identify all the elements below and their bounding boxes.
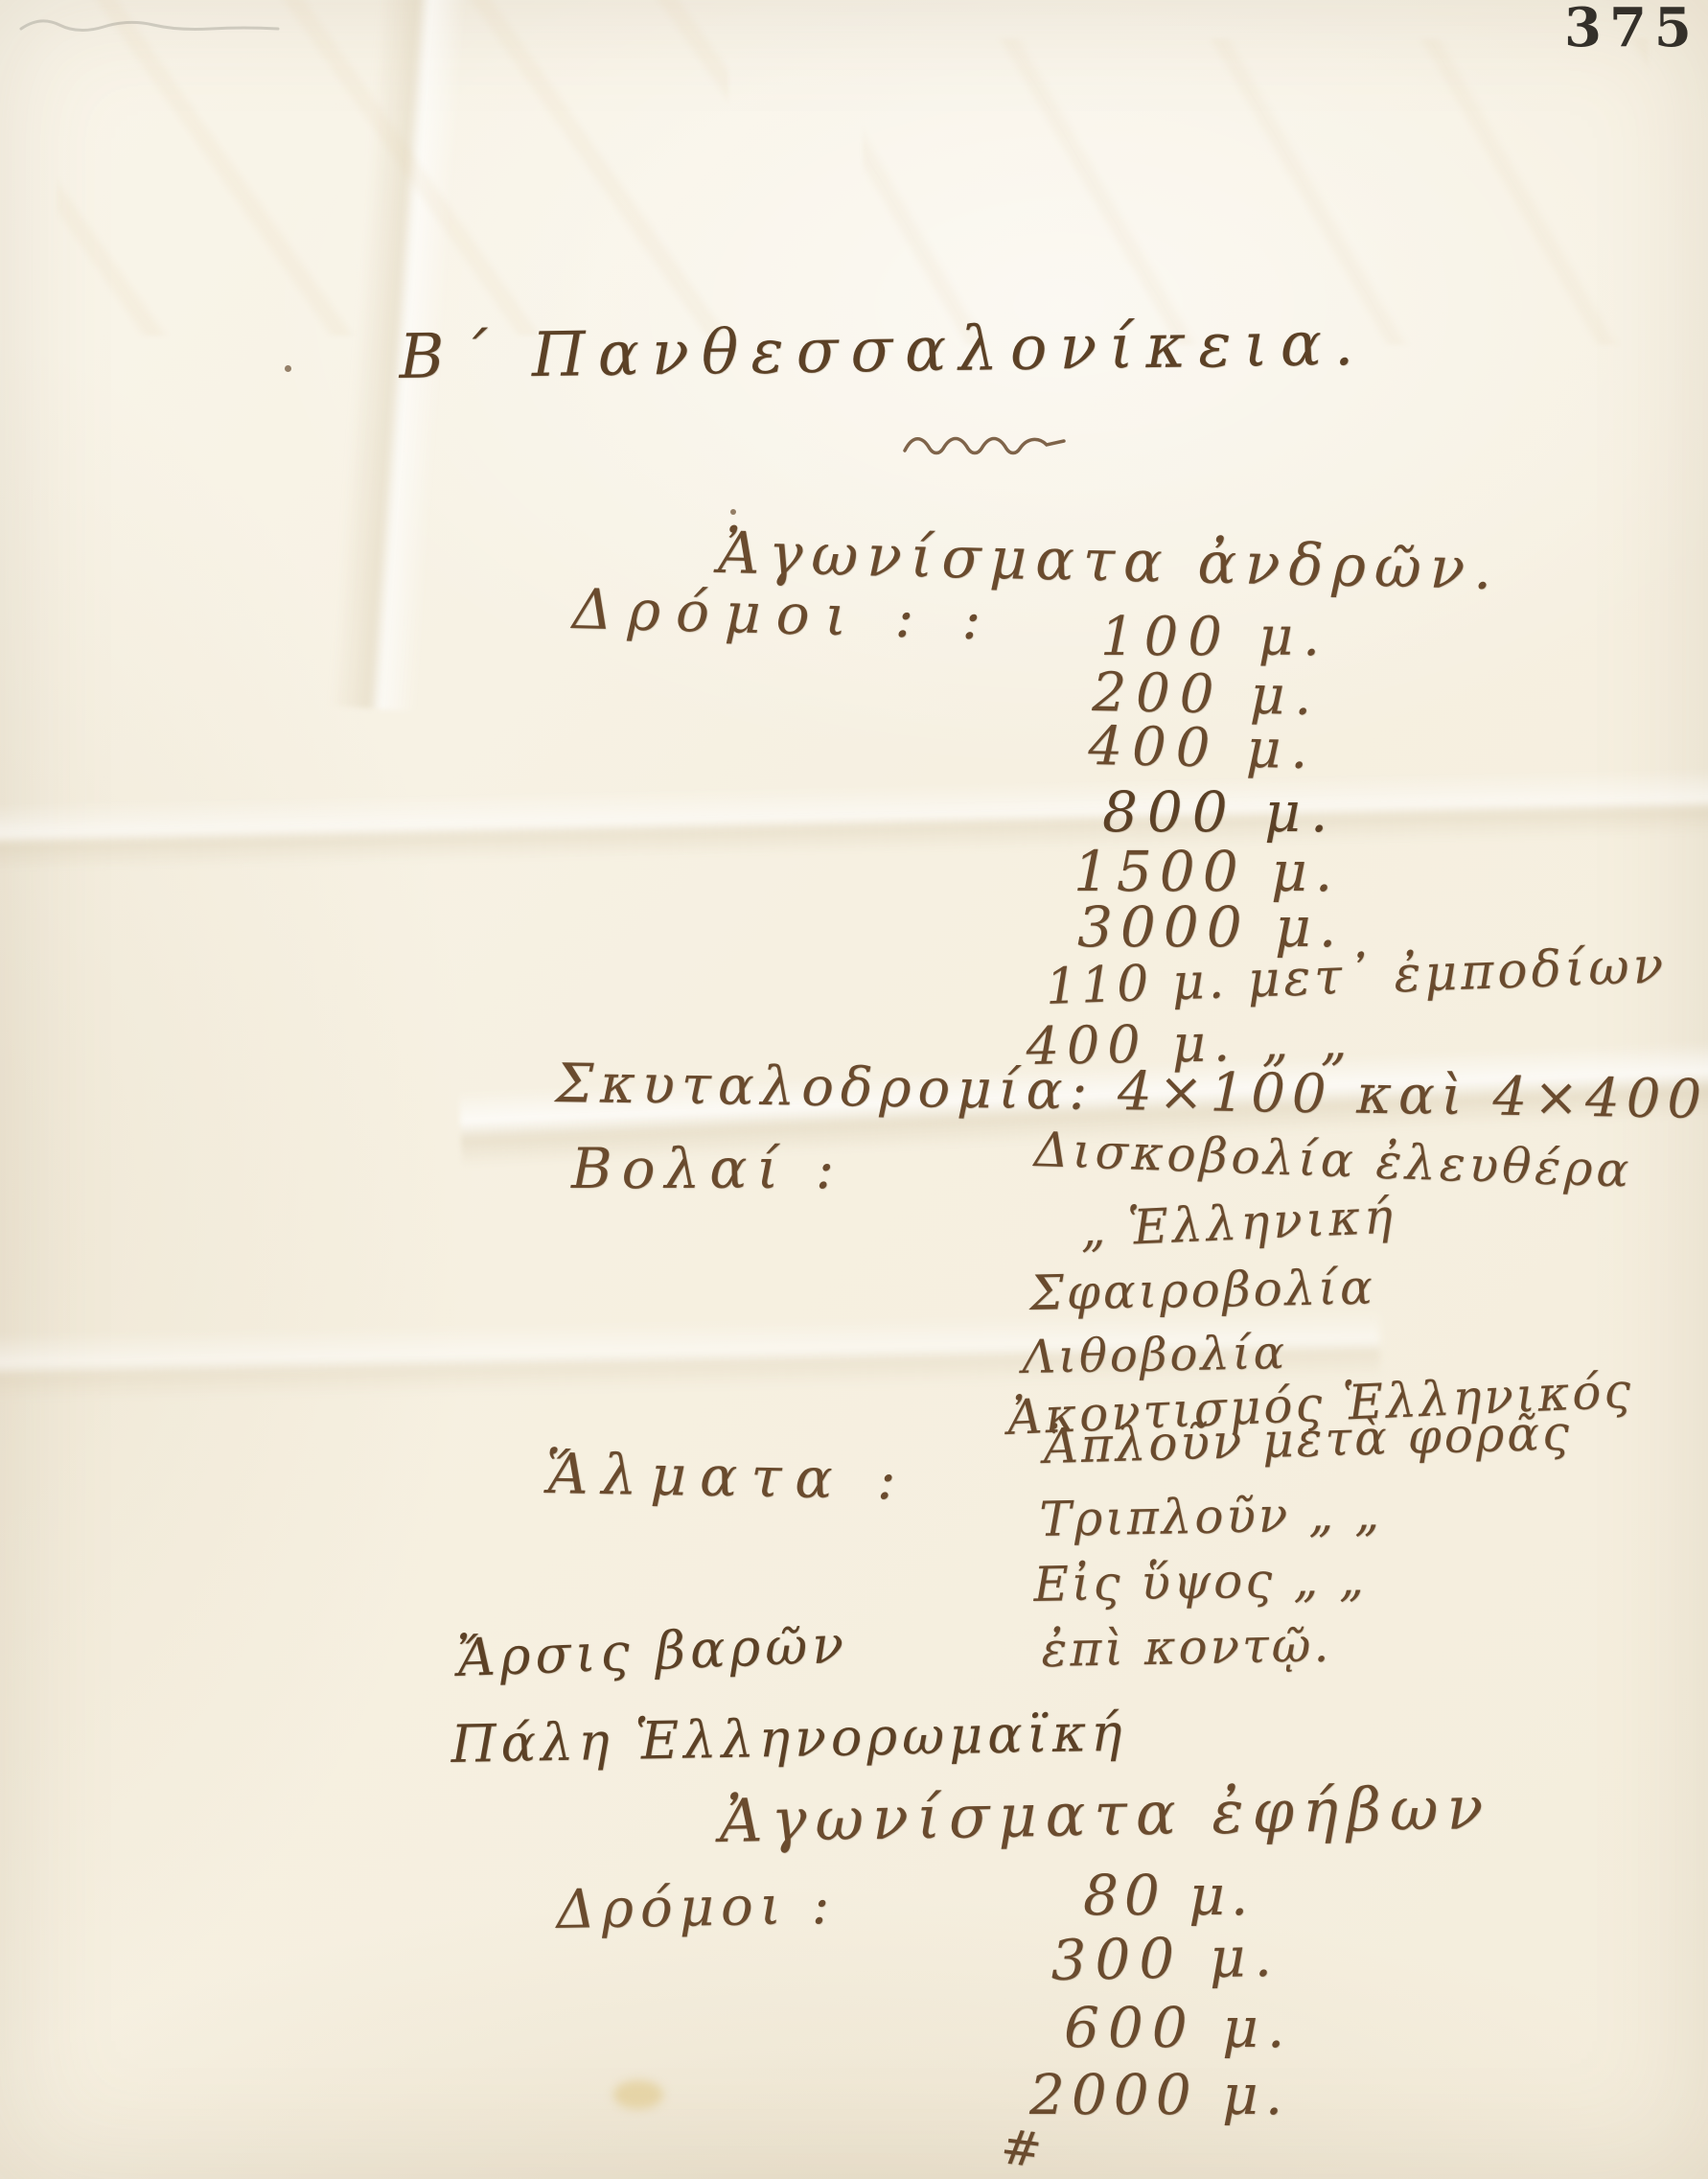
race-distance-line: 800 μ.: [1102, 782, 1337, 844]
manuscript-page: 375 Β΄ Πανθεσσαλονίκεια. Ἀγωνίσματα ἀνδρ…: [0, 0, 1708, 2179]
paper-crease: [58, 0, 728, 336]
race-distance-line: 300 μ.: [1050, 1927, 1281, 1992]
faint-corner-scribble: [17, 8, 305, 46]
section-heading-youth: Ἀγωνίσματα ἐφήβων: [719, 1775, 1492, 1854]
throw-item: Δισκοβολία ἐλευθέρα: [1033, 1124, 1633, 1197]
paper-stain: [613, 2080, 663, 2109]
ink-dot: [285, 365, 291, 372]
throw-item: Σφαιροβολία: [1029, 1262, 1375, 1320]
paper-crease: [0, 767, 1708, 872]
title-underline-squiggle: [899, 428, 1072, 462]
ink-dot: [730, 509, 736, 515]
race-distance-line: 400 μ.: [1088, 717, 1318, 780]
event-line-weightlifting: Ἄρσις βαρῶν: [456, 1616, 849, 1687]
throw-item: „ Ἑλληνική: [1079, 1191, 1397, 1257]
jump-item: Εἰς ὕψος „ „: [1033, 1553, 1367, 1611]
throw-item: Λιθοβολία: [1022, 1328, 1287, 1383]
jump-item: Τριπλοῦν „ „: [1039, 1488, 1382, 1546]
end-mark: #: [998, 2121, 1044, 2178]
race-distance-line: 100 μ.: [1100, 608, 1329, 667]
races-label-youth: Δρόμοι :: [556, 1876, 837, 1940]
folio-number: 375: [1564, 0, 1699, 59]
race-distance-line: 600 μ.: [1064, 1998, 1293, 2059]
event-line-wrestling: Πάλη Ἑλληνορωμαϊκή: [450, 1704, 1127, 1773]
page-title: Β΄ Πανθεσσαλονίκεια.: [399, 311, 1367, 391]
race-distance-line: 80 μ.: [1083, 1866, 1254, 1927]
race-distance-line: 2000 μ.: [1029, 2065, 1289, 2126]
jumps-label: Ἅλματα :: [545, 1444, 910, 1511]
races-label-men: Δρόμοι : :: [571, 579, 997, 651]
throws-label: Βολαί :: [571, 1139, 843, 1200]
relay-line: Σκυταλοδρομία: 4×100 καὶ 4×400: [555, 1055, 1708, 1129]
jump-item: Ἁπλοῦν μετὰ φορᾶς: [1043, 1407, 1573, 1473]
paper-crease: [863, 38, 1649, 345]
jump-item: ἐπὶ κοντῷ.: [1041, 1619, 1332, 1677]
